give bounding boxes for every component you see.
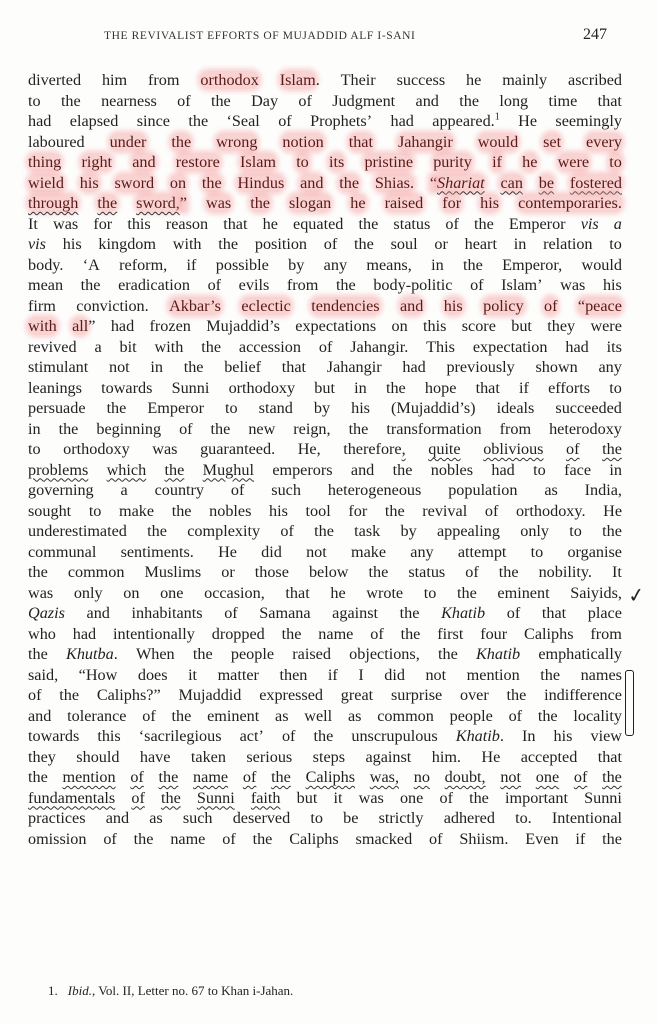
text-run: they [547,317,575,335]
text-line: thementionofthenameoftheCaliphswas,nodou… [28,767,622,788]
text-run: the [459,92,479,110]
word: make [351,542,386,563]
word: vis [581,214,599,235]
word: Khatib. [456,726,504,747]
text-run: the [540,666,560,684]
text-run: This [426,338,455,356]
text-run: time [549,92,578,110]
text-run: population [448,481,517,499]
word: common [68,562,125,583]
text-run: surprise [391,686,442,704]
word: accepted [521,747,578,768]
underlined-text: one [536,768,559,786]
word: with [173,234,202,255]
highlighted-text: his [480,194,499,212]
word: occasion, [204,583,265,604]
word: the [393,460,413,481]
word: Hindus [237,173,284,194]
word: of [370,624,383,645]
word: practices [28,808,86,829]
text-run: He [481,748,500,766]
highlighted-text: Islam [280,71,316,89]
text-run: Saiyids, [570,584,622,602]
text-run: ” [88,317,95,335]
word: revived [28,337,77,358]
word: He [218,542,237,563]
text-run: stand [259,399,293,417]
word: leanings [28,378,82,399]
text-run: diverted [28,71,81,89]
text-run: then [279,666,307,684]
text-line: throughthesword,”wasthesloganheraisedfor… [28,193,622,214]
word: any [324,255,347,276]
word: I [358,665,363,686]
text-run: of [439,789,452,807]
word: India, [585,480,622,501]
word: orthodoxy [229,378,296,399]
word: from [500,419,531,440]
text-line: hadelapsedsincethe‘SealofProphets’hadapp… [28,111,622,132]
text-run: Emperor [509,215,566,233]
word: the [218,234,238,255]
word: accession [239,337,301,358]
word: the [97,193,117,214]
text-line: soughttomakethenobleshistoolforthereviva… [28,501,622,522]
text-run: previously [446,358,514,376]
word: not [306,542,327,563]
word: transformation [386,419,481,440]
word: of [439,788,452,809]
text-run: to [28,92,41,110]
word: the [61,91,81,112]
word: stimulant [28,357,88,378]
word: if [187,255,197,276]
text-run: as [348,707,361,725]
word: they [28,747,56,768]
word: previously [446,357,514,378]
word: Mujaddid [178,685,241,706]
highlighted-text: can [500,174,522,192]
highlighted-text: through [28,194,78,212]
word: in [431,255,444,276]
text-run: to [28,440,41,458]
text-run: Islam’ [501,276,542,294]
text-run: Caliphs?” [97,686,161,704]
underlined-text: fundamentals [28,789,115,807]
word: the [474,214,494,235]
word: the [107,398,127,419]
text-run: had [565,338,588,356]
text-run: elapsed [70,112,119,130]
highlighted-text: the [339,174,359,192]
highlighted-text: “ [430,174,437,192]
word: Jahangir [327,357,382,378]
body-text: divertedhimfromorthodoxIslam.Theirsucces… [28,70,622,849]
word: kingdom [98,234,156,255]
text-run: in [514,235,527,253]
word: of [103,829,116,850]
word: if [519,378,529,399]
word: its [607,337,622,358]
word: vis [28,234,46,255]
word: oblivious [483,439,543,460]
word: shown [536,357,578,378]
text-run: make [351,543,386,561]
word: would [478,132,518,153]
text-run: that [542,604,566,622]
word: important [505,788,568,809]
word: nobles [209,501,251,522]
word: ‘Seal [227,111,260,132]
text-run: of [485,502,498,520]
text-run: reason [166,215,208,233]
text-run: Muslims [145,563,202,581]
underlined-text: Caliphs [306,768,355,786]
underlined-text: the [602,440,622,458]
word: Emperor, [502,255,562,276]
word: to [609,234,622,255]
text-run: as [149,809,162,827]
text-run: emphatically [538,645,622,663]
word: body. [28,255,63,276]
word: reason [166,214,208,235]
text-run: heterogeneous [328,481,422,499]
word: to [533,460,546,481]
text-run: this [423,317,446,335]
text-run: expectation [473,338,548,356]
highlighted-text: eclectic [241,297,290,315]
underlined-text: of [574,768,587,786]
word: who [28,624,56,645]
text-run: communal [28,543,96,561]
text-run: status [408,563,445,581]
word: in [150,357,163,378]
scanned-book-page: The Revivalist Efforts of Mujaddid Alf I… [0,0,658,1024]
word: and [416,91,439,112]
text-run: Mujaddid’s [206,317,280,335]
word: Prophets’ [310,111,372,132]
text-run: to [89,502,102,520]
word: the [211,91,231,112]
word: country [155,480,204,501]
word: tool [306,501,331,522]
highlighted-text: Hindus [237,174,284,192]
word: against [365,747,411,768]
word: relation [543,234,592,255]
word: those [255,562,289,583]
text-run: its [607,338,622,356]
word: him [102,70,127,91]
text-run: attempt [458,543,507,561]
word: ‘sacrilegious [139,726,222,747]
text-run: but [297,789,318,807]
text-run: make [119,502,154,520]
word: if [575,829,585,850]
word: any [599,357,622,378]
text-run: of [179,420,192,438]
text-run: success [397,71,446,89]
word: of [298,91,311,112]
word: on [170,173,186,194]
underlined-text: problems [28,461,88,479]
text-run: people [231,645,274,663]
text-run: be [343,809,358,827]
text-line: stimulantnotinthebeliefthatJahangirhadpr… [28,357,622,378]
text-run: important [505,789,568,807]
text-run: that [282,358,306,376]
word: of [282,726,295,747]
word: intentionally [113,624,195,645]
footnote-number: 1. [48,983,58,998]
word: Even [525,829,558,850]
text-run: expectations [295,317,376,335]
word: did [261,542,282,563]
text-run: vis [28,235,46,253]
highlighted-text: right [81,153,112,171]
text-run: and [351,461,374,479]
word: by [288,255,304,276]
word: this [423,316,446,337]
text-run: in [609,461,622,479]
highlighted-text: Shariat [437,174,485,192]
word: It [612,562,622,583]
word: such [183,808,213,829]
text-run: were [590,317,621,335]
word: hope [425,378,456,399]
text-run: He [603,502,622,520]
word: unscrupulous [351,726,437,747]
text-run: bit [120,338,137,356]
word: locality [573,706,622,727]
highlighted-text: purity [433,153,472,171]
word: was [53,214,78,235]
text-run: over [460,686,489,704]
word: position [255,234,307,255]
text-run: should [76,748,119,766]
underlined-text: faith [251,789,281,807]
word: Judgment [332,91,395,112]
word: since [137,111,170,132]
text-run: of [324,235,337,253]
word: quite [428,439,460,460]
text-run: that [598,748,622,766]
text-run: the [201,338,221,356]
text-run: evils [239,276,270,294]
text-run: if [575,830,585,848]
text-run: for [93,215,112,233]
text-run: Caliphs [289,830,338,848]
text-run: with [173,235,202,253]
word: of [142,706,155,727]
word: the [134,829,154,850]
underlined-text: not [500,768,521,786]
word: of [429,829,442,850]
highlighted-text: would [478,133,518,151]
text-run: of [465,563,478,581]
text-run: of [507,604,520,622]
text-run: had [491,461,514,479]
word: of [130,767,143,788]
text-run: or [434,235,447,253]
word: status [408,562,445,583]
word: of [179,419,192,440]
text-run: the [474,215,494,233]
text-line: leaningstowardsSunniorthodoxybutinthehop… [28,378,622,399]
word: Jahangir [398,132,453,153]
word: which [107,460,147,481]
word: his [269,501,288,522]
word: the [193,644,213,665]
text-run: nobility. [539,563,592,581]
word: the [59,685,79,706]
word: was [152,439,177,460]
text-run: belief [224,358,261,376]
text-run: name [170,830,205,848]
underlined-text: Sunni [197,789,235,807]
text-run: below [309,563,349,581]
word: or [434,234,447,255]
word: the [457,583,477,604]
word: he [330,583,345,604]
word: him. [432,747,461,768]
word: by [314,398,330,419]
underlined-text: the [602,768,622,786]
word: new [248,419,275,440]
word: persuade [28,398,86,419]
text-run: was [152,440,177,458]
word: Caliphs [289,829,338,850]
text-run: the [401,625,421,643]
word: Islam [240,152,276,173]
word: He [481,747,500,768]
highlighted-text: he [350,194,365,212]
word: had [565,337,588,358]
text-run: this [127,215,150,233]
word: for [442,193,461,214]
word: Their [341,70,376,91]
word: Caliphs?” [97,685,161,706]
word: was, [370,767,399,788]
word: the [538,706,558,727]
word: and [400,296,423,317]
text-run: Intentional [552,809,622,827]
highlighted-text: under [110,133,147,151]
word: under [110,132,147,153]
word: elapsed [70,111,119,132]
text-run: means, [366,256,411,274]
text-run: Jahangir. [350,338,408,356]
word: name [318,624,353,645]
text-line: wieldhisswordontheHindusandtheShias.“Sha… [28,173,622,194]
text-run: that [598,92,622,110]
text-run: if [187,256,197,274]
word: success [397,70,446,91]
word: the [314,521,334,542]
word: frozen [150,316,191,337]
text-run: position [255,235,307,253]
text-run: vis [581,215,599,233]
text-run: task [354,522,380,540]
word: and [106,808,129,829]
text-run: a [121,481,128,499]
word: soul [391,234,418,255]
word: were [590,316,621,337]
text-run: the [463,256,483,274]
text-run: relation [543,235,592,253]
word: people [450,706,493,727]
text-run: towards [101,379,152,397]
text-run: to [569,522,582,540]
word: had [111,316,134,337]
word: the [602,829,622,850]
text-line: andtoleranceoftheeminentaswellascommonpe… [28,706,622,727]
word: to [296,152,309,173]
word: restore [176,152,220,173]
word: well [304,706,332,727]
word: of [28,685,41,706]
word: guaranteed. [200,439,275,460]
text-line: thingrightandrestoreIslamtoitspristinepu… [28,152,622,173]
text-line: meantheeradicationofevilsfromthebody-pol… [28,275,622,296]
text-run: of [142,707,155,725]
word: that [542,603,566,624]
text-run: name [318,625,353,643]
text-run: leanings [28,379,82,397]
word: score [462,316,496,337]
word: and [87,603,110,624]
word: he [522,152,537,173]
highlighted-text: and [400,297,423,315]
text-run: reign, [293,420,330,438]
text-run: of [28,686,41,704]
word: the [201,337,221,358]
word: the [159,767,179,788]
text-run: nobles [209,502,251,520]
text-run: status [393,215,430,233]
text-run: that [285,584,309,602]
word: one [536,767,559,788]
text-run: any [324,256,347,274]
word: of [224,603,237,624]
text-run: to [609,379,622,397]
text-run: revived [28,338,77,356]
text-run: those [255,563,289,581]
word: (Mujaddid’s) [391,398,476,419]
text-run: in [150,358,163,376]
word: as [149,808,162,829]
highlighted-text: thing [28,153,61,171]
text-run: country [155,481,204,499]
text-run: the [602,830,622,848]
margin-bracket-mark-icon [625,670,634,736]
text-run: to [531,543,544,561]
word: steps [313,747,345,768]
word: such [271,480,301,501]
word: reform, [119,255,167,276]
word: sword [115,173,155,194]
highlighted-text: of [544,297,557,315]
text-run: He [218,543,237,561]
text-run: of [470,276,483,294]
text-run: the [538,707,558,725]
text-run: have [140,748,171,766]
word: Emperor [147,398,204,419]
text-run: had [111,317,134,335]
word: heterodoxy [549,419,622,440]
text-run: Emperor [147,399,204,417]
text-run: not [425,666,446,684]
word: was [359,788,384,809]
